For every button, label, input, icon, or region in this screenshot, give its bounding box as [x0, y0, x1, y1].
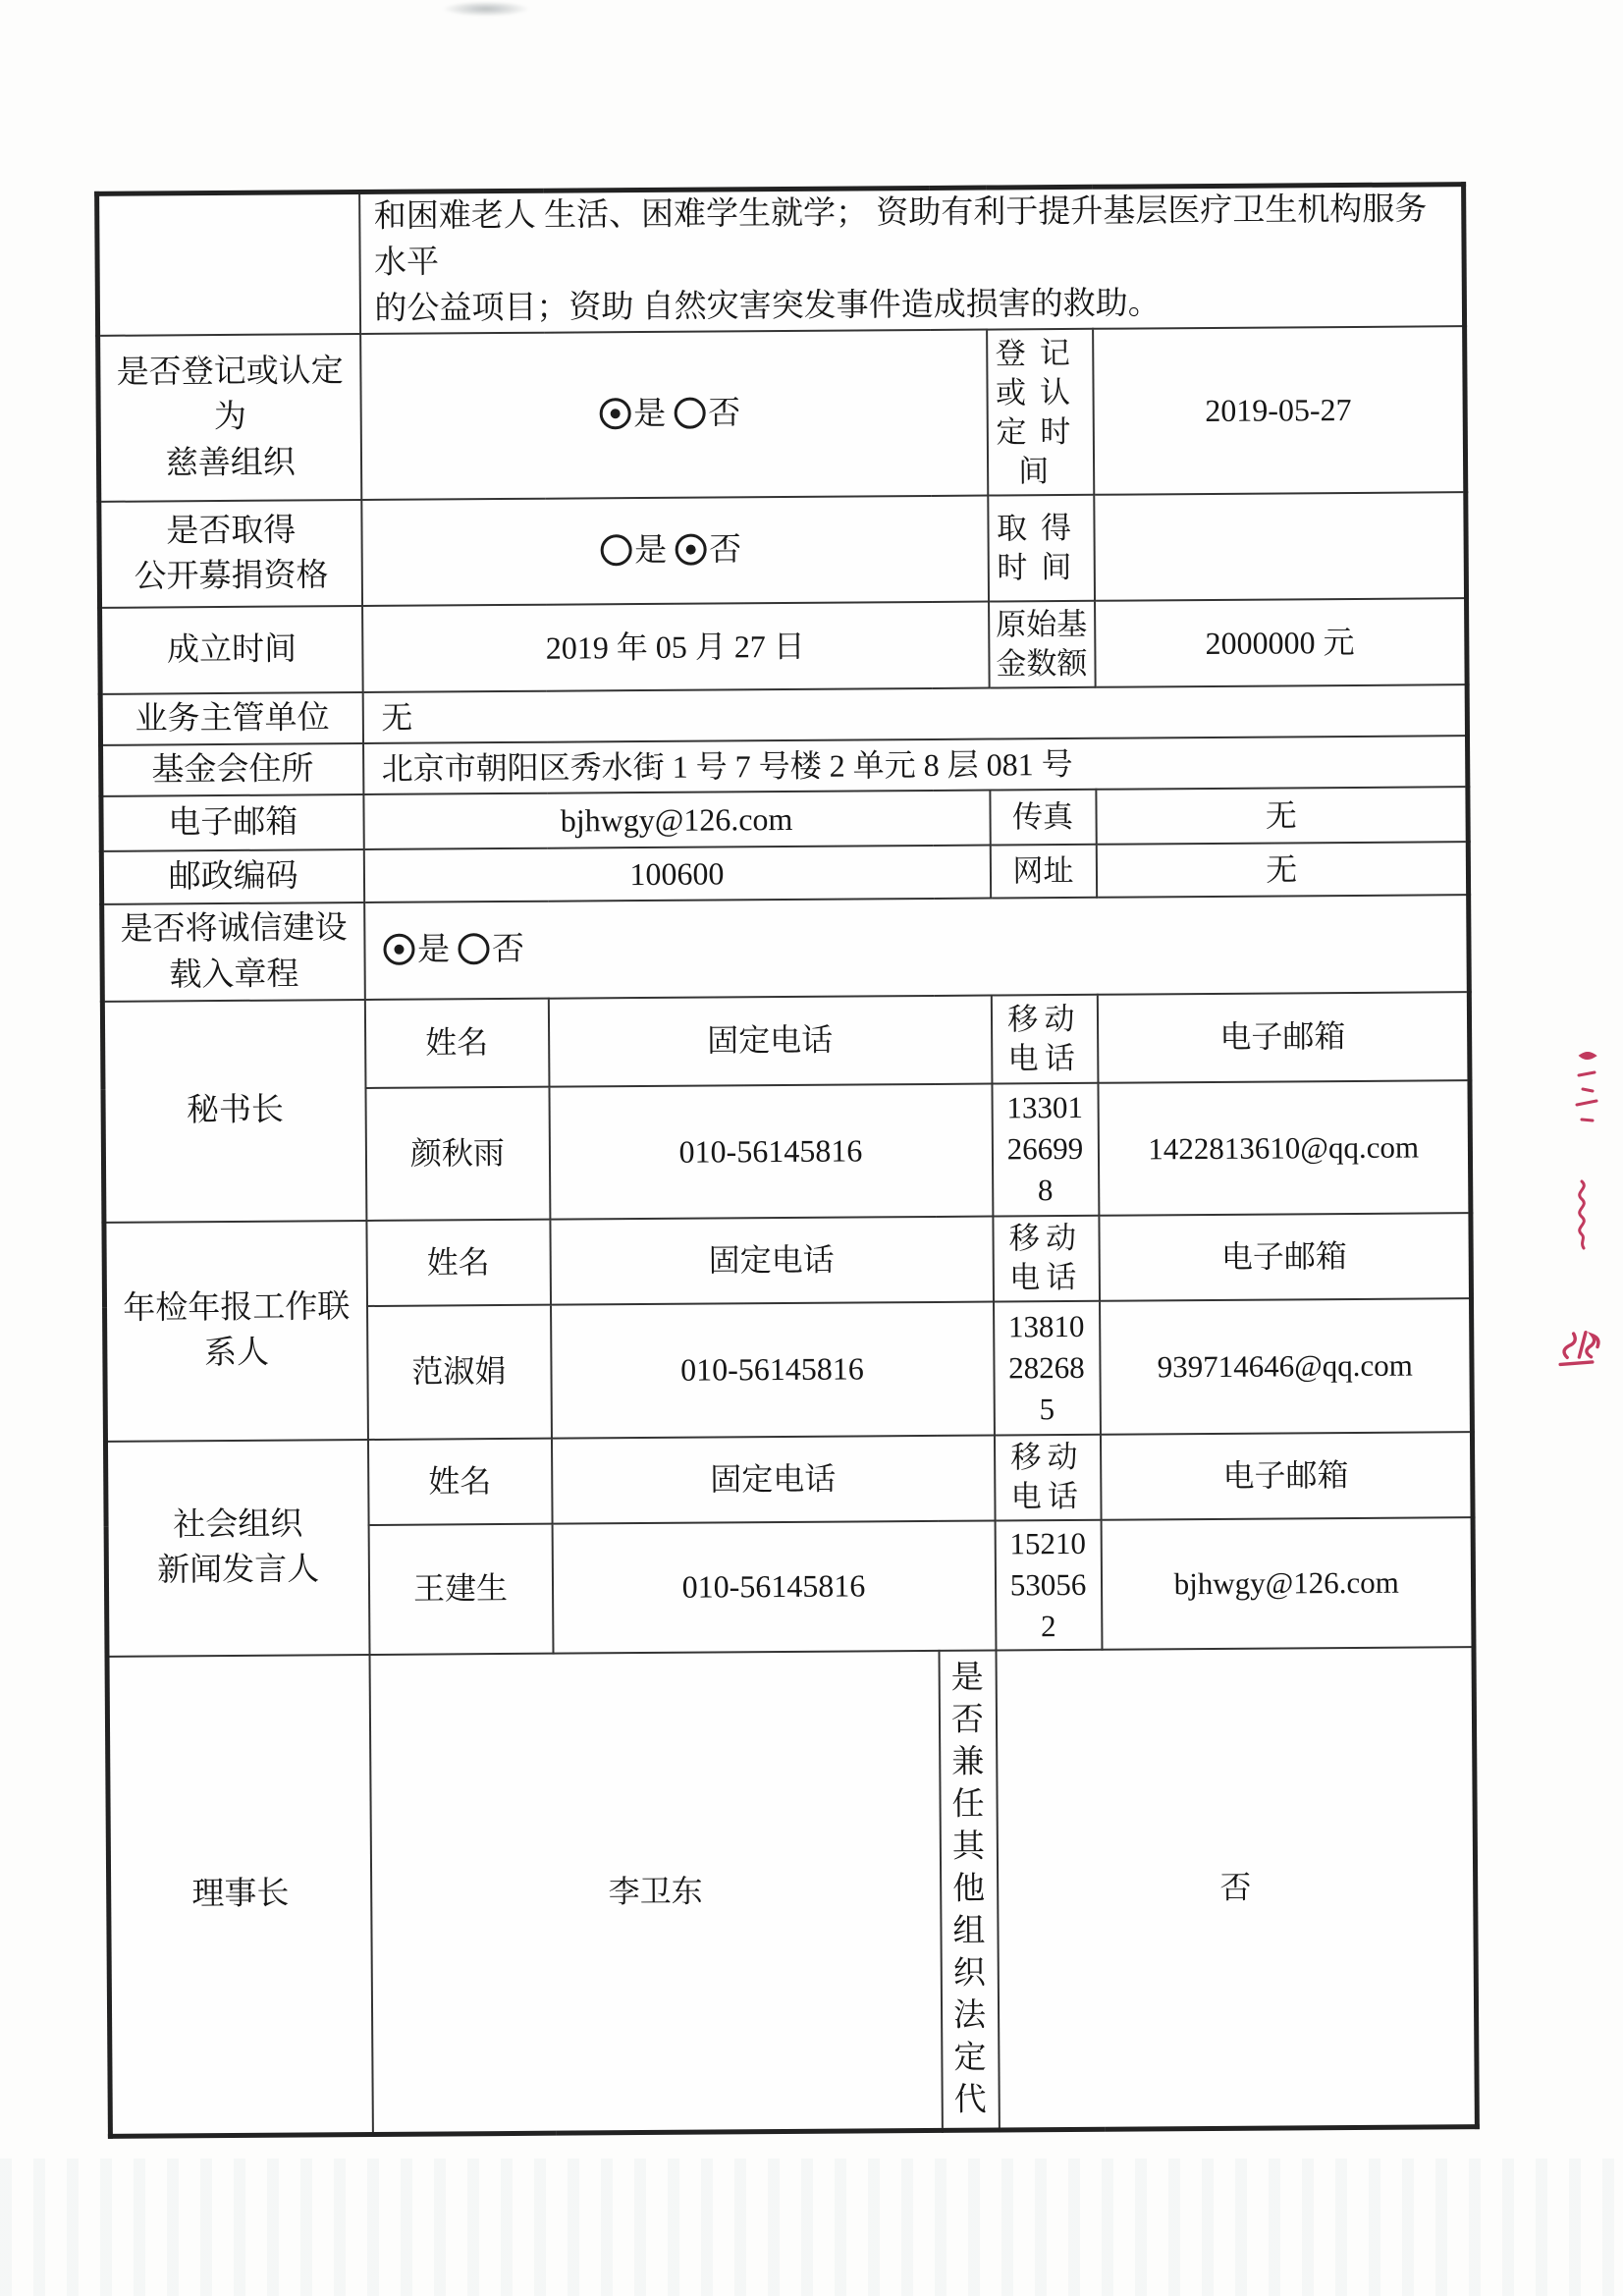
charity-choice-cell: 是否 [360, 330, 988, 500]
radio-selected-icon [383, 934, 414, 965]
form-table: 和困难老人 生活、困难学生就学； 资助有利于提升基层医疗卫生机构服务水平 的公益… [94, 182, 1480, 2138]
postcode-value: 100600 [363, 846, 990, 902]
email-value: bjhwgy@126.com [363, 791, 990, 849]
chairman-concurrent-answer: 否 [996, 1647, 1477, 2130]
original-fund-value: 2000000 元 [1095, 598, 1468, 687]
radio-unselected-icon [674, 398, 705, 429]
spokesperson-email: bjhwgy@126.com [1101, 1517, 1474, 1650]
obtain-time-value [1094, 492, 1467, 601]
landline-header: 固定电话 [551, 1435, 995, 1523]
secretary-role-label: 秘书长 [102, 1000, 366, 1223]
table-row: 业务主管单位 无 [100, 684, 1467, 745]
table-row: 理事长 李卫东 是否兼任其他组织法定代 否 [107, 1647, 1477, 2136]
secretary-email: 1422813610@qq.com [1098, 1080, 1471, 1216]
charity-label: 是否登记或认定为 慈善组织 [98, 334, 361, 502]
spokesperson-name: 王建生 [368, 1523, 553, 1654]
charity-radio-group: 是否 [599, 392, 748, 438]
integrity-radio-group: 是否 [383, 927, 532, 973]
red-ink-mark [1573, 1049, 1600, 1129]
fundraising-choice-cell: 是否 [361, 496, 989, 606]
email-header: 电子邮箱 [1097, 992, 1470, 1083]
fundraising-label: 是否取得 公开募捐资格 [99, 500, 362, 608]
spokesperson-role-label: 社会组织 新闻发言人 [105, 1440, 369, 1657]
supervisor-value: 无 [362, 684, 1467, 743]
supervisor-label: 业务主管单位 [100, 692, 362, 745]
scan-texture-band [0, 2159, 1623, 2296]
table-row: 秘书长 姓名 固定电话 移动电话 电子邮箱 [102, 992, 1470, 1090]
annual-contact-name: 范淑娟 [367, 1304, 552, 1439]
radio-no-label: 否 [492, 932, 524, 967]
spokesperson-landline: 010-56145816 [552, 1520, 996, 1653]
name-header: 姓名 [364, 998, 549, 1087]
radio-no-label: 否 [708, 397, 740, 432]
mobile-header: 移动电话 [993, 1216, 1100, 1302]
email-header: 电子邮箱 [1100, 1432, 1473, 1520]
radio-yes-label: 是 [633, 397, 666, 432]
landline-header: 固定电话 [550, 1216, 994, 1304]
radio-no-label: 否 [709, 532, 741, 568]
annual-contact-landline: 010-56145816 [551, 1301, 995, 1438]
address-label: 基金会住所 [101, 743, 363, 796]
secretary-mobile: 13301 26699 8 [992, 1083, 1099, 1217]
red-ink-mark [1552, 1291, 1609, 1372]
radio-selected-icon [675, 533, 706, 565]
name-header: 姓名 [367, 1438, 552, 1524]
fax-label: 传真 [990, 790, 1096, 846]
address-value: 北京市朝阳区秀水街 1 号 7 号楼 2 单元 8 层 081 号 [363, 736, 1468, 794]
registration-time-value: 2019-05-27 [1093, 326, 1466, 495]
table-row: 和困难老人 生活、困难学生就学； 资助有利于提升基层医疗卫生机构服务水平 的公益… [97, 185, 1465, 336]
fundraising-radio-group: 是否 [600, 527, 749, 574]
mobile-header: 移动电话 [994, 1435, 1101, 1521]
continuation-text: 和困难老人 生活、困难学生就学； 资助有利于提升基层医疗卫生机构服务水平 的公益… [359, 185, 1465, 334]
chairman-name: 李卫东 [369, 1651, 942, 2135]
website-label: 网址 [990, 845, 1096, 899]
email-label: 电子邮箱 [101, 794, 363, 851]
table-row: 邮政编码 100600 网址 无 [101, 843, 1468, 905]
table-row: 是否登记或认定为 慈善组织 是否 登记或认定时间 2019-05-27 [98, 326, 1466, 502]
website-value: 无 [1096, 843, 1468, 899]
annual-contact-role-label: 年检年报工作联 系人 [104, 1221, 368, 1442]
integrity-label: 是否将诚信建设 载入章程 [102, 902, 365, 1001]
postcode-label: 邮政编码 [101, 849, 363, 904]
fax-value: 无 [1096, 788, 1468, 846]
radio-yes-label: 是 [634, 533, 667, 569]
red-ink-mark [1571, 1178, 1593, 1251]
scanned-page: 和困难老人 生活、困难学生就学； 资助有利于提升基层医疗卫生机构服务水平 的公益… [0, 0, 1623, 2296]
established-value: 2019 年 05 月 27 日 [362, 602, 990, 692]
table-row: 电子邮箱 bjhwgy@126.com 传真 无 [101, 788, 1468, 852]
radio-selected-icon [599, 399, 630, 430]
table-row: 是否取得 公开募捐资格 是否 取得时间 [99, 492, 1467, 608]
radio-yes-label: 是 [417, 933, 450, 968]
established-label: 成立时间 [100, 606, 363, 694]
original-fund-label: 原始基金数额 [989, 601, 1096, 688]
chairman-label: 理事长 [107, 1655, 372, 2136]
radio-unselected-icon [600, 534, 631, 566]
table-row: 基金会住所 北京市朝阳区秀水街 1 号 7 号楼 2 单元 8 层 081 号 [101, 736, 1468, 796]
empty-label-cell [97, 192, 360, 336]
mobile-header: 移动电话 [991, 995, 1098, 1084]
spokesperson-mobile: 15210 53056 2 [995, 1520, 1102, 1651]
registration-time-label: 登记或认定时间 [987, 329, 1094, 496]
email-header: 电子邮箱 [1099, 1213, 1472, 1301]
table-row: 成立时间 2019 年 05 月 27 日 原始基金数额 2000000 元 [100, 598, 1468, 694]
table-row: 社会组织 新闻发言人 姓名 固定电话 移动电话 电子邮箱 [105, 1432, 1473, 1527]
annual-contact-email: 939714646@qq.com [1100, 1298, 1473, 1435]
obtain-time-label: 取得时间 [988, 495, 1095, 602]
secretary-landline: 010-56145816 [549, 1083, 993, 1219]
annual-contact-mobile: 13810 28268 5 [994, 1301, 1101, 1436]
radio-unselected-icon [458, 934, 489, 965]
table-row: 是否将诚信建设 载入章程 是否 [102, 896, 1470, 1002]
chairman-concurrent-question: 是否兼任其他组织法定代 [939, 1650, 999, 2130]
table-row: 年检年报工作联 系人 姓名 固定电话 移动电话 电子邮箱 [104, 1213, 1472, 1308]
name-header: 姓名 [366, 1219, 551, 1305]
landline-header: 固定电话 [548, 995, 992, 1086]
secretary-name: 颜秋雨 [365, 1086, 550, 1220]
scan-smudge [442, 1, 530, 17]
integrity-choice-cell: 是否 [364, 896, 1470, 1000]
